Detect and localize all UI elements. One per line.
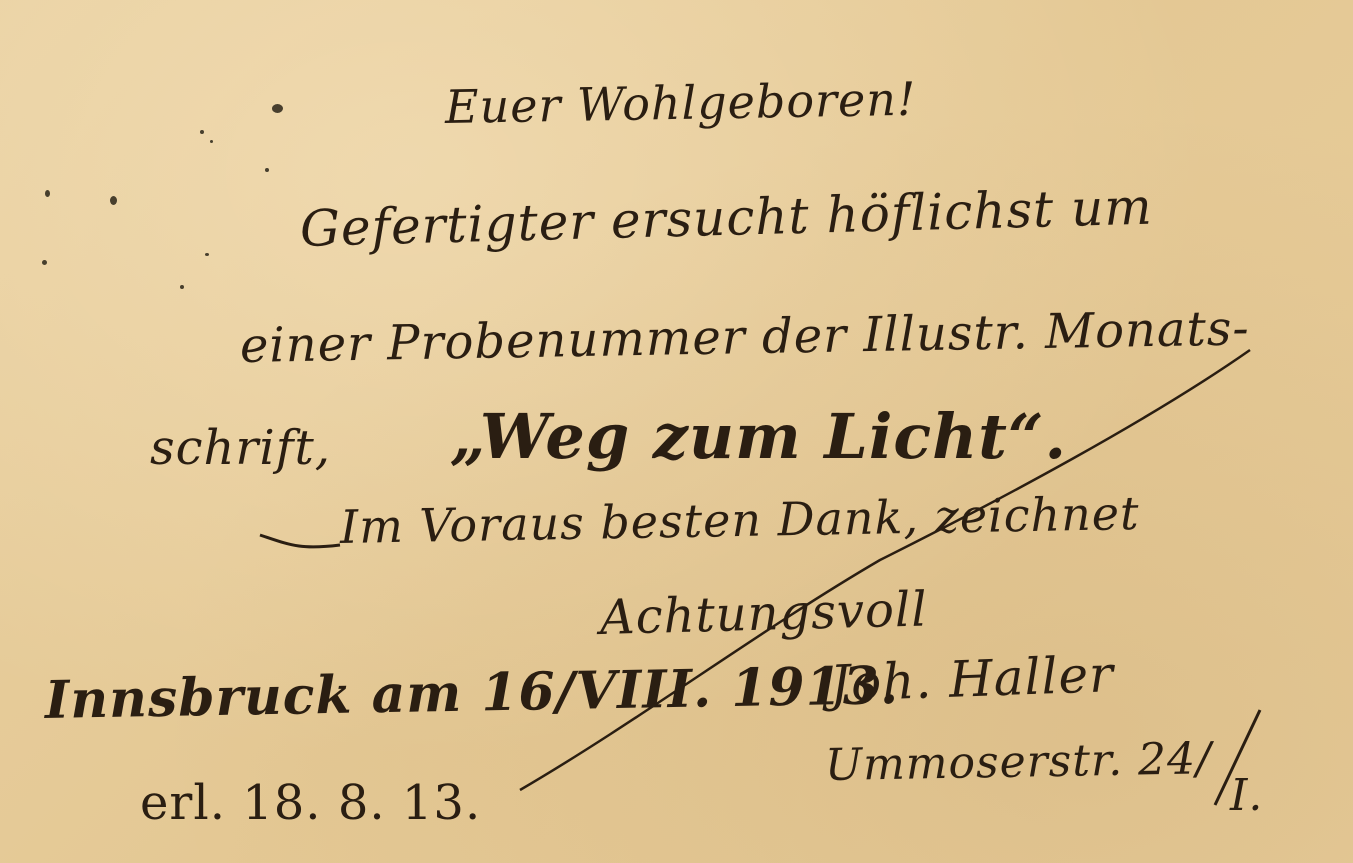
ink-speck — [210, 140, 213, 143]
ink-speck — [110, 196, 117, 205]
ink-speck — [180, 285, 184, 289]
ink-speck — [200, 130, 204, 134]
sender-address-floor: I. — [1230, 770, 1263, 821]
ink-speck — [265, 168, 269, 172]
ink-speck — [205, 253, 209, 256]
ink-speck — [42, 260, 47, 265]
sender-address: Ummoserstr. 24/ — [825, 733, 1213, 791]
receipt-note: erl. 18. 8. 13. — [140, 775, 481, 831]
greeting: Euer Wohlgeboren! — [445, 72, 917, 134]
closing: Achtungsvoll — [599, 581, 928, 646]
body-line-3-prefix: schrift, — [150, 420, 331, 476]
ink-speck — [272, 104, 283, 113]
signature: Joh. Haller — [829, 645, 1115, 713]
magazine-title: „Weg zum Licht“. — [450, 400, 1067, 473]
ink-speck — [45, 190, 50, 197]
